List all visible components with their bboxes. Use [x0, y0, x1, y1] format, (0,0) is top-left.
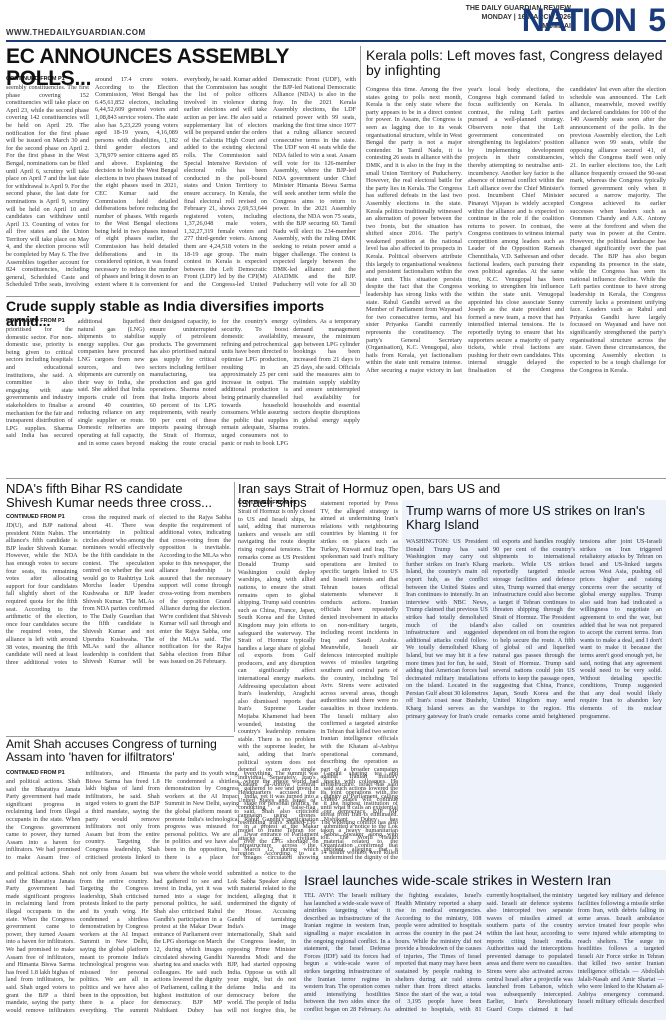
body-text: and political actions. Shah said the Bha… — [6, 770, 398, 861]
article-body-ec: CONTINUED FROM P1 seembly constituencies… — [6, 76, 356, 294]
continued-label: CONTINUED FROM P1 — [6, 318, 73, 324]
body-text: Congress this time. Among the five state… — [366, 86, 666, 374]
article-body-israel: TEL AVIV: The Israeli military has launc… — [304, 892, 664, 1020]
masthead: WWW.THEDAILYGUARDIAN.COM THE DAILY GUARD… — [6, 0, 666, 42]
headline-kerala: Kerala polls: Left moves fast, Congress … — [366, 48, 666, 77]
page-number: 5 — [648, 2, 666, 39]
article-body-kerala: Congress this time. Among the five state… — [366, 86, 666, 472]
article-body-amit-shah-cont: and political actions. Shah said the Bha… — [6, 870, 296, 1020]
section-title: NATION — [522, 2, 636, 39]
headline-israel: Israel launches wide-scale strikes in We… — [304, 873, 664, 888]
site-url[interactable]: WWW.THEDAILYGUARDIAN.COM — [6, 28, 146, 37]
continued-label: CONTINUED FROM P1 — [6, 514, 78, 520]
body-text: and political actions. Shah said the Bha… — [6, 870, 296, 1014]
headline-nda: NDA's fifth Bihar RS candidate Shivesh K… — [6, 482, 216, 509]
article-body-amit-shah: CONTINUED FROM P1 and political actions.… — [6, 770, 398, 866]
continued-label: CONTINUED FROM P1 — [6, 770, 80, 776]
article-body-nda: CONTINUED FROM P1 JD(U), and BJP nationa… — [6, 514, 231, 734]
continued-label: CONTINUED FROM P1 — [6, 76, 89, 82]
continued-label: CONTINUED FROM P1 — [238, 500, 316, 506]
article-body-crude: CONTINUED FROM P1 prioritised for the do… — [6, 318, 360, 474]
headline-trump: Trump warns of more US strikes on Iran's… — [406, 504, 661, 531]
body-text: seembly constituencies. The first phase … — [6, 76, 356, 288]
headline-amit-shah: Amit Shah accuses Congress of turning As… — [6, 738, 234, 763]
body-text: JD(U), and BJP national president Nitin … — [6, 514, 231, 666]
body-text: TEL AVIV: The Israeli military has launc… — [304, 892, 664, 1013]
article-body-trump: WASHINGTON: US President Donald Trump ha… — [406, 538, 662, 858]
body-text: prioritised for the domestic sector. For… — [6, 318, 360, 447]
body-text: WASHINGTON: US President Donald Trump ha… — [406, 538, 662, 720]
